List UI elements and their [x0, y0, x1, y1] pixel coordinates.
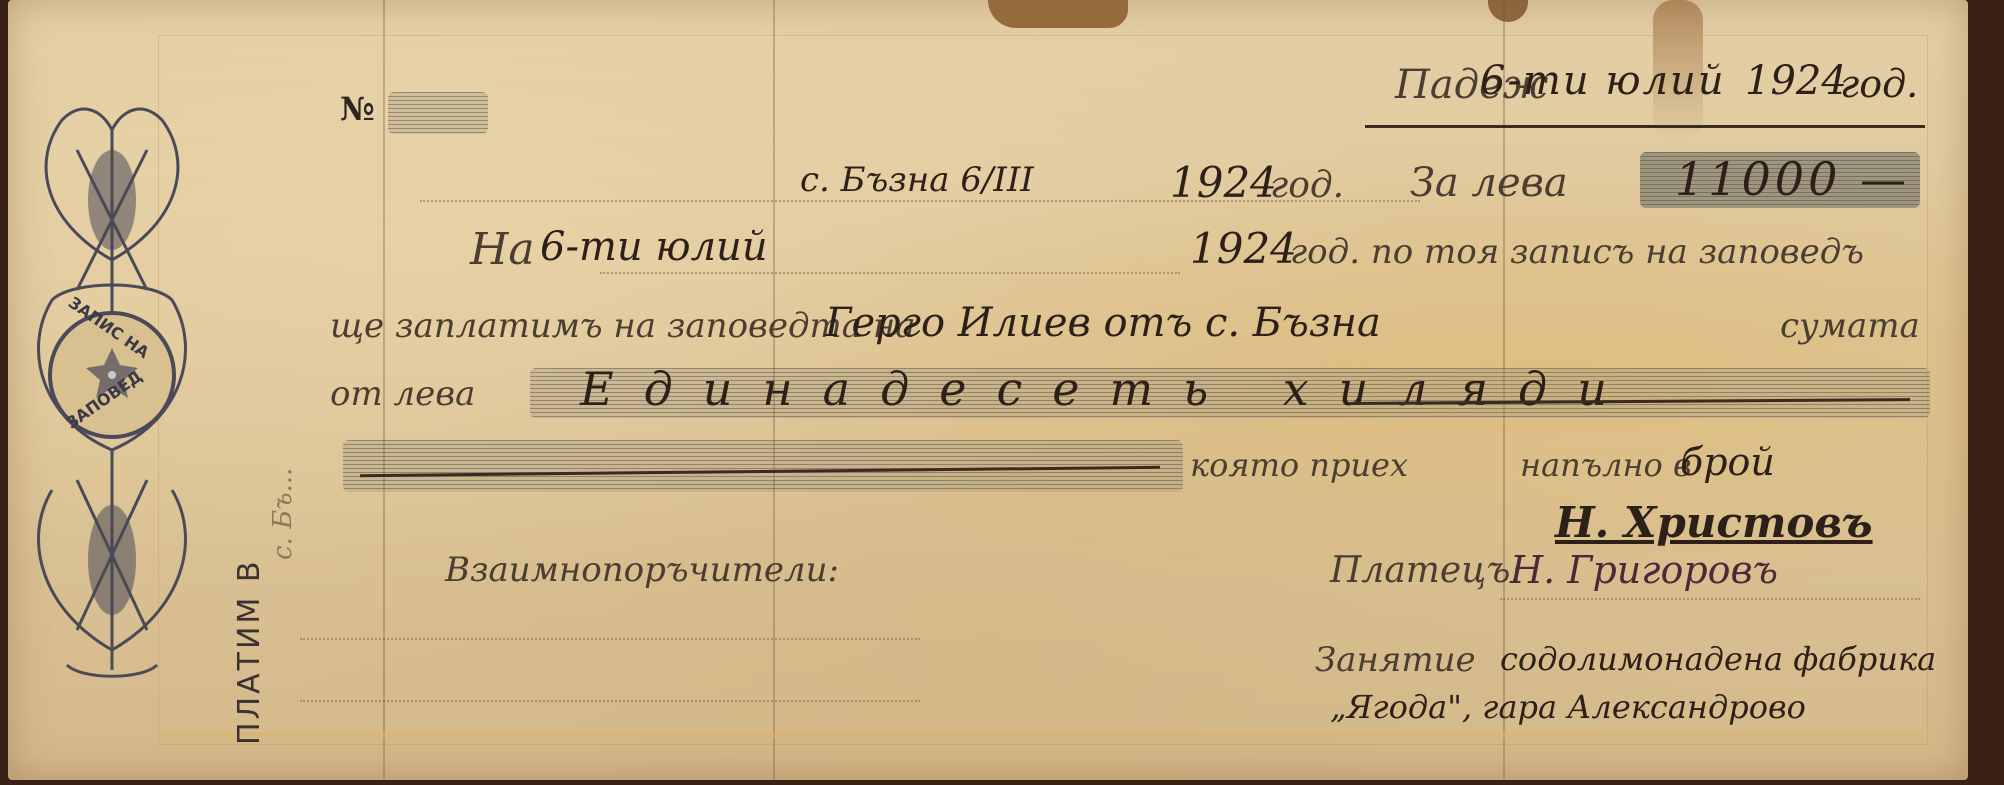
fully-label: напълно в	[1520, 446, 1692, 484]
na-label: На	[470, 224, 535, 275]
paper-tear	[1488, 0, 1528, 22]
ot-leva-label: от лева	[330, 374, 475, 414]
payment-date: 6-ти юлий	[540, 224, 768, 270]
paper-tear	[988, 0, 1128, 28]
due-year: 1924	[1745, 58, 1847, 104]
cash-label: брой	[1680, 440, 1775, 484]
dotted-line	[1500, 598, 1920, 600]
guarantor-line-1	[300, 638, 920, 640]
due-underline	[1365, 125, 1925, 128]
received-label: която приех	[1190, 446, 1408, 484]
amount-value: 11000 —	[1675, 152, 1910, 206]
issuer-signature: Н. Христовъ	[1555, 498, 1873, 547]
payment-year: 1924	[1190, 224, 1297, 273]
payee-name: Герго Илиев отъ с. Бъзна	[825, 300, 1381, 346]
payer-label: Платецъ:	[1330, 550, 1522, 591]
occupation-line-2: „Ягода", гара Александрово	[1330, 688, 1806, 726]
guarantor-line-2	[300, 700, 920, 702]
amount-in-words: Единадесеть хиляди	[580, 362, 1637, 416]
dotted-line	[420, 200, 1420, 202]
issue-place-date: с. Бъзна 6/III	[800, 160, 1034, 200]
body-line-1: год. по тоя записъ на заповедъ	[1290, 232, 1864, 272]
dotted-line	[600, 272, 1180, 274]
number-field	[388, 92, 488, 134]
guarantors-label: Взаимнопоръчители:	[445, 550, 839, 590]
occupation-label: Занятие	[1315, 640, 1476, 680]
due-year-suffix: год.	[1840, 62, 1918, 106]
amount-label: За лева	[1410, 160, 1568, 206]
occupation-line-1: содолимонадена фабрика	[1500, 640, 1936, 678]
payable-at-value: с. Бъ...	[268, 468, 298, 560]
summata-label: сумата	[1780, 306, 1920, 346]
payer-signature: Н. Григоровъ	[1510, 548, 1778, 592]
number-label: №	[340, 90, 375, 128]
decorative-stripe	[158, 732, 1928, 738]
due-date-value: 6-ти юлий	[1480, 58, 1726, 104]
payable-at-label: ПЛАТИМ В	[232, 559, 267, 745]
